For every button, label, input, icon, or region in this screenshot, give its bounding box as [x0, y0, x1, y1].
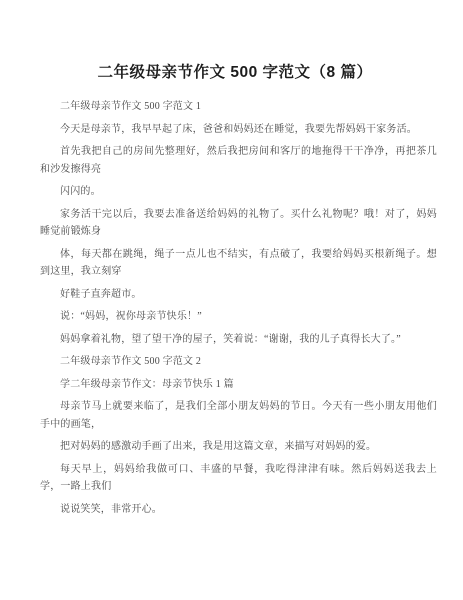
paragraph: 今天是母亲节，我早早起了床，爸爸和妈妈还在睡觉，我要先帮妈妈干家务活。	[40, 121, 437, 139]
paragraph: 首先我把自己的房间先整理好，然后我把房间和客厅的地拖得干干净净，再把茶几和沙发擦…	[40, 143, 437, 178]
paragraph: 母亲节马上就要来临了，是我们全部小朋友妈妈的节日。今天有一些小朋友用他们手中的画…	[40, 398, 437, 433]
section-subheading: 学二年级母亲节作文：母亲节快乐 1 篇	[40, 376, 437, 394]
document-title: 二年级母亲节作文 500 字范文（8 篇）	[33, 62, 437, 84]
paragraph: 家务活干完以后，我要去准备送给妈妈的礼物了。买什么礼物呢？哦！对了，妈妈睡觉前锻…	[40, 206, 437, 241]
paragraph: 闪闪的。	[40, 183, 437, 201]
paragraph: 说说笑笑，非常开心。	[40, 501, 437, 519]
document-page: 二年级母亲节作文 500 字范文（8 篇） 二年级母亲节作文 500 字范文 1…	[0, 0, 463, 600]
paragraph: 把对妈妈的感激动手画了出来，我是用这篇文章，来描写对妈妈的爱。	[40, 438, 437, 456]
section-heading-2: 二年级母亲节作文 500 字范文 2	[40, 353, 437, 371]
paragraph: 妈妈拿着礼物，望了望干净的屋子，笑着说：“谢谢，我的儿子真得长大了。”	[40, 331, 437, 349]
paragraph: 说：“妈妈，祝你母亲节快乐！”	[40, 308, 437, 326]
paragraph: 体，每天都在跳绳，绳子一点儿也不结实，有点破了，我要给妈妈买根新绳子。想到这里，…	[40, 246, 437, 281]
paragraph: 好鞋子直奔超市。	[40, 286, 437, 304]
section-heading-1: 二年级母亲节作文 500 字范文 1	[40, 98, 437, 116]
paragraph: 每天早上，妈妈给我做可口、丰盛的早餐，我吃得津津有味。然后妈妈送我去上学，一路上…	[40, 461, 437, 496]
